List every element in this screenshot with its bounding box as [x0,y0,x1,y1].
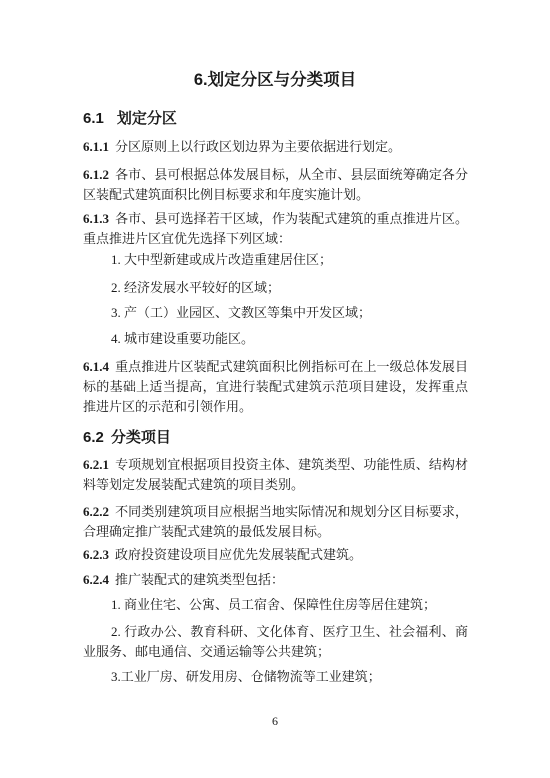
section-title: 分类项目 [111,429,171,446]
para-6-1-1: 6.1.1分区原则上以行政区划边界为主要依据进行划定。 [83,137,468,157]
list-item: 2. 经济发展水平较好的区域； [83,278,468,298]
clause-number: 6.2.2 [83,504,109,519]
section-number: 6.1 [83,110,104,127]
clause-number: 6.1.4 [83,359,109,374]
clause-text: 重点推进片区装配式建筑面积比例指标可在上一级总体发展目标的基础上适当提高，宜进行… [83,359,468,414]
clause-text: 专项规划宜根据项目投资主体、建筑类型、功能性质、结构材料等划定发展装配式建筑的项… [83,457,468,492]
para-6-2-3: 6.2.3政府投资建设项目应优先发展装配式建筑。 [83,545,468,565]
section-number: 6.2 [83,429,104,446]
clause-number: 6.2.1 [83,457,109,472]
section-title: 划定分区 [117,110,177,127]
clause-text: 政府投资建设项目应优先发展装配式建筑。 [115,547,362,562]
clause-text: 推广装配式的建筑类型包括： [115,572,284,587]
clause-text: 不同类别建筑项目应根据当地实际情况和规划分区目标要求，合理确定推广装配式建筑的最… [83,504,468,539]
list-item: 2. 行政办公、教育科研、文化体育、医疗卫生、社会福利、商业服务、邮电通信、交通… [83,622,468,662]
list-item: 1. 商业住宅、公寓、员工宿舍、保障性住房等居住建筑； [83,595,468,615]
para-6-2-2: 6.2.2不同类别建筑项目应根据当地实际情况和规划分区目标要求，合理确定推广装配… [83,502,468,542]
clause-number: 6.1.2 [83,167,109,182]
list-item: 1. 大中型新建或成片改造重建居住区； [83,250,468,270]
para-6-1-4: 6.1.4重点推进片区装配式建筑面积比例指标可在上一级总体发展目标的基础上适当提… [83,357,468,417]
clause-text: 各市、县可选择若干区域，作为装配式建筑的重点推进片区。重点推进片区宜优先选择下列… [83,211,468,246]
list-item: 3.工业厂房、研发用房、仓储物流等工业建筑； [83,667,468,687]
para-6-2-1: 6.2.1专项规划宜根据项目投资主体、建筑类型、功能性质、结构材料等划定发展装配… [83,455,468,495]
clause-number: 6.1.3 [83,211,109,226]
section-heading-6-2: 6.2分类项目 [83,429,468,447]
clause-number: 6.1.1 [83,139,109,154]
clause-number: 6.2.4 [83,572,109,587]
para-6-1-3: 6.1.3各市、县可选择若干区域，作为装配式建筑的重点推进片区。重点推进片区宜优… [83,209,468,249]
doc-title: 6.划定分区与分类项目 [0,69,550,91]
clause-number: 6.2.3 [83,547,109,562]
clause-text: 各市、县可根据总体发展目标，从全市、县层面统筹确定各分区装配式建筑面积比例目标要… [83,167,468,202]
section-heading-6-1: 6.1划定分区 [83,110,468,128]
para-6-1-2: 6.1.2各市、县可根据总体发展目标，从全市、县层面统筹确定各分区装配式建筑面积… [83,165,468,205]
clause-text: 分区原则上以行政区划边界为主要依据进行划定。 [115,139,401,154]
para-6-2-4: 6.2.4推广装配式的建筑类型包括： [83,570,468,590]
page-number: 6 [0,714,550,728]
document-page: 6.划定分区与分类项目 6.1划定分区 6.1.1分区原则上以行政区划边界为主要… [0,0,550,778]
list-item: 4. 城市建设重要功能区。 [83,329,468,349]
list-item: 3. 产（工）业园区、文教区等集中开发区域； [83,303,468,323]
